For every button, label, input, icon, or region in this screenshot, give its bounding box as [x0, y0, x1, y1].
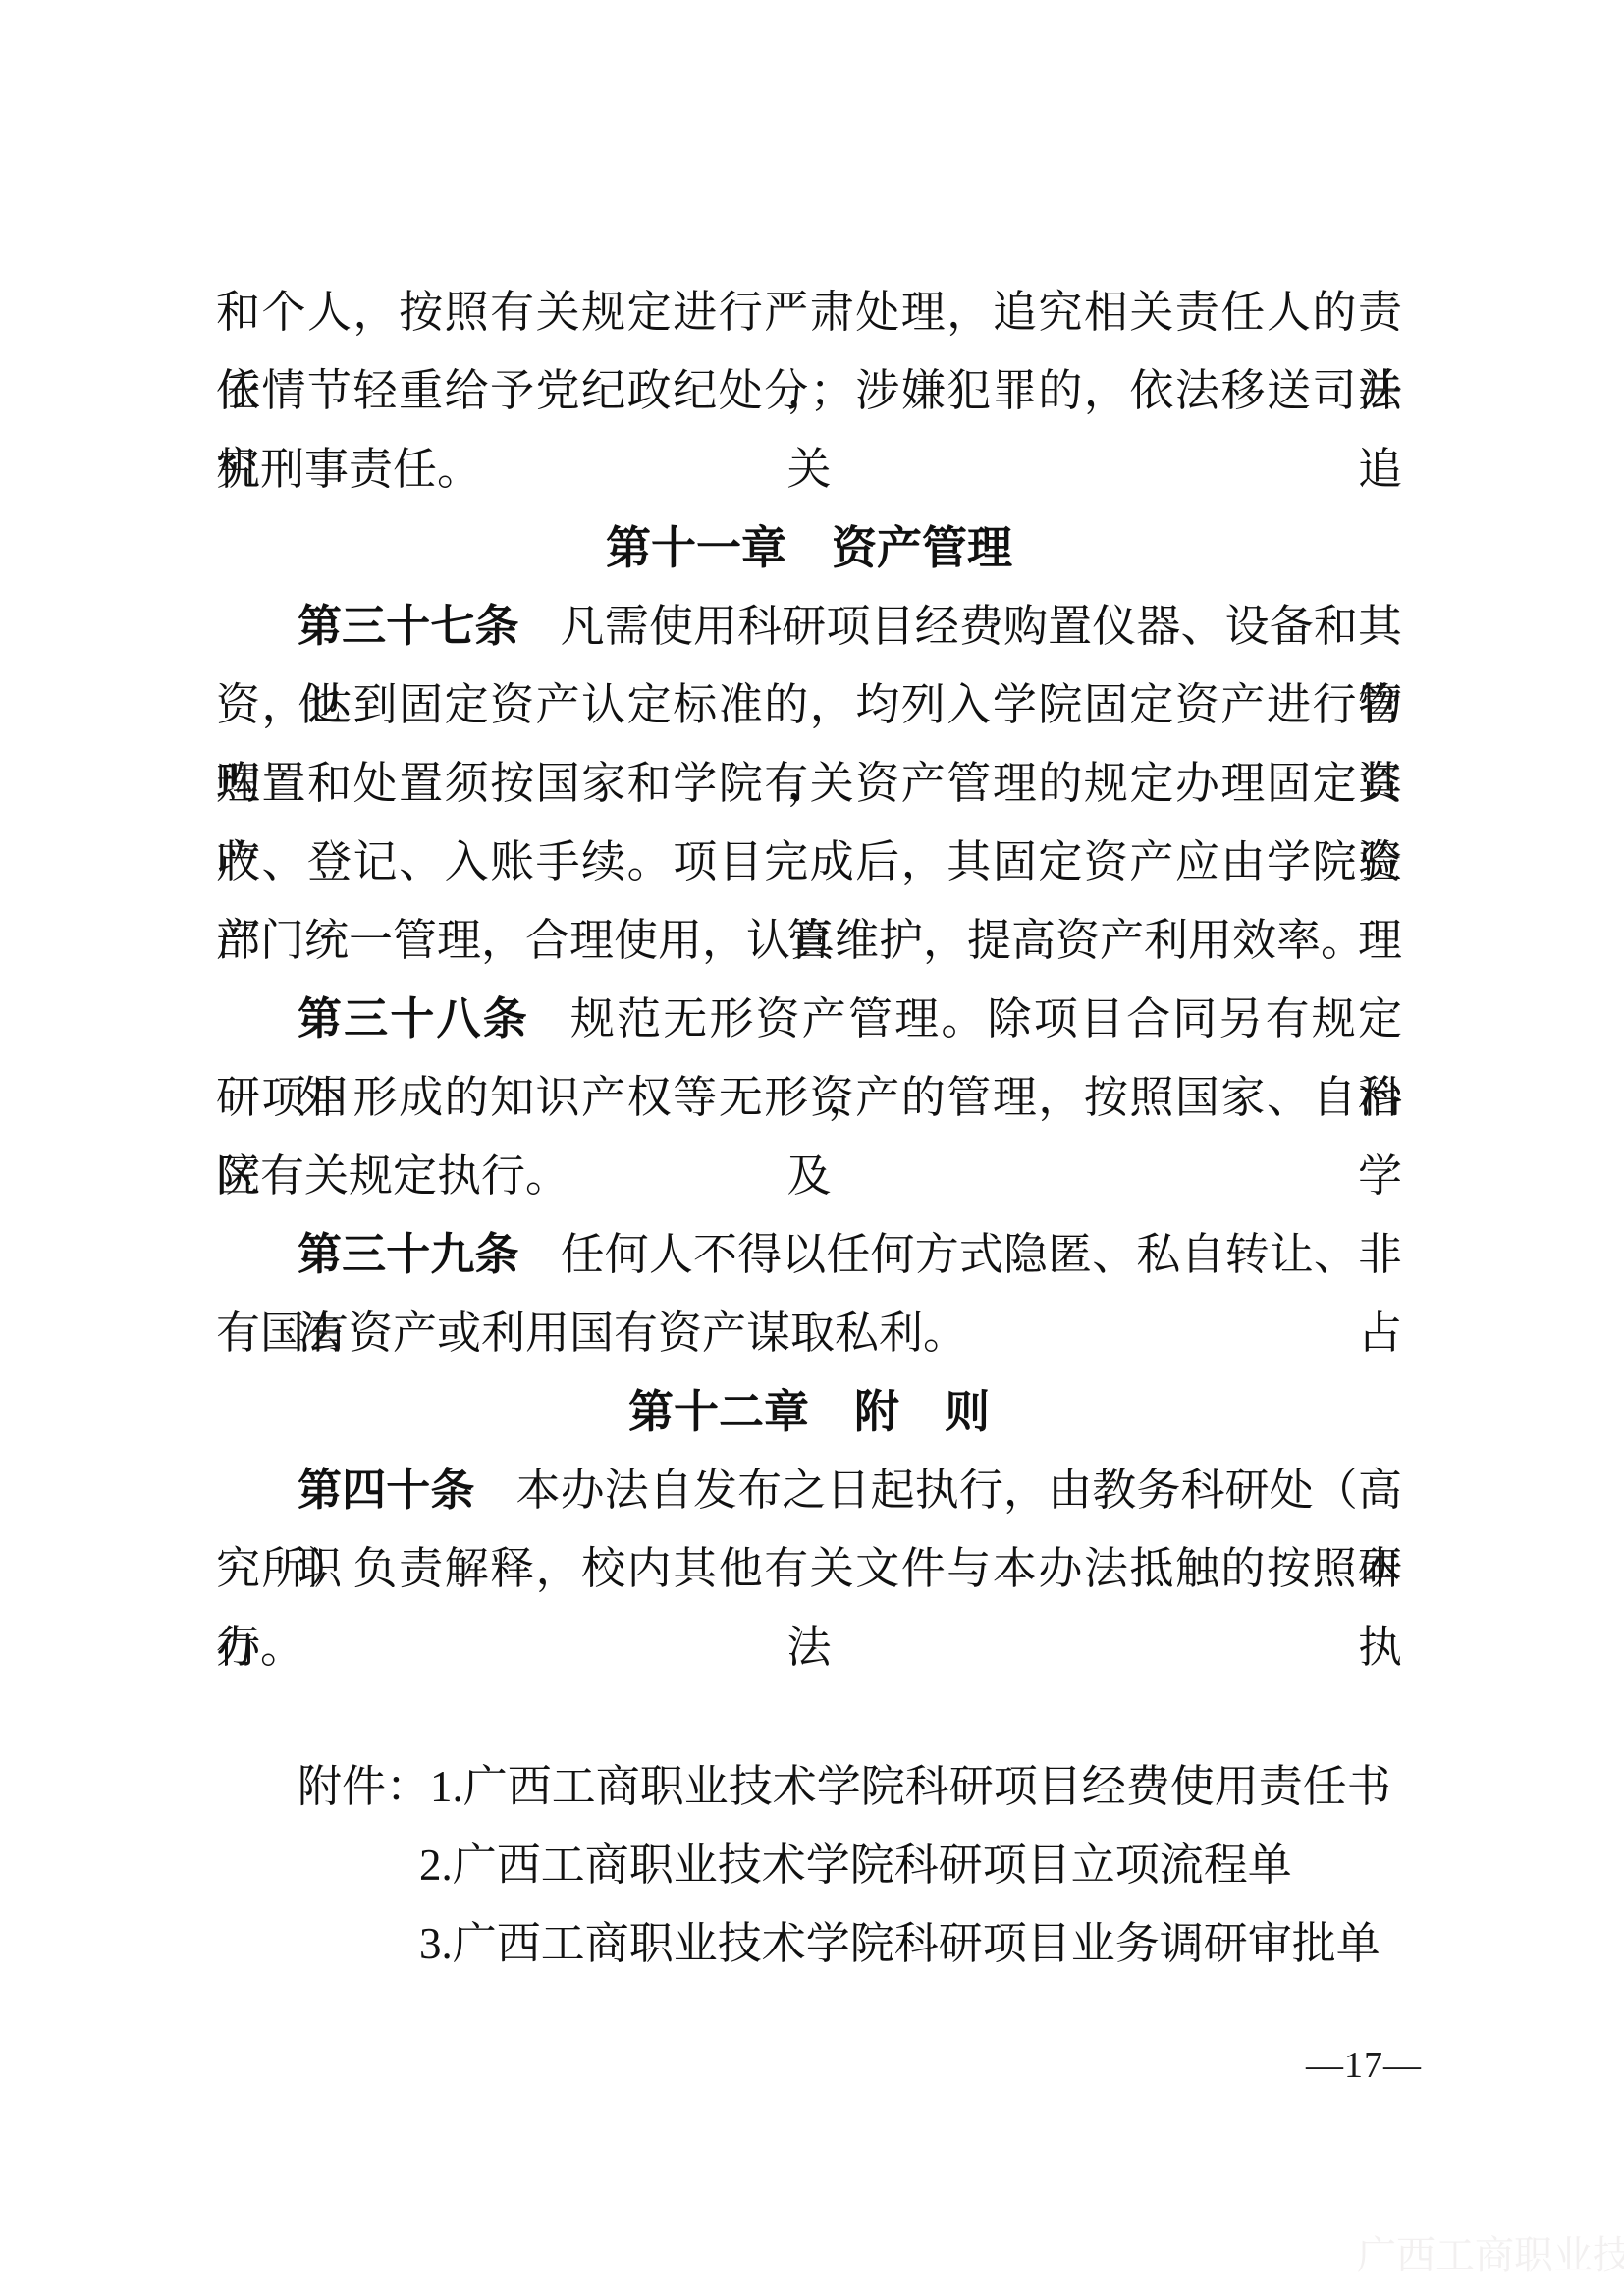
article-paragraph-line: 第四十条本办法自发布之日起执行，由教务科研处（高职研 — [216, 1451, 1402, 1529]
article-paragraph-line: 第三十七条凡需使用科研项目经费购置仪器、设备和其他物 — [216, 587, 1402, 666]
attachment-list-item: 3.广西工商职业技术学院科研项目业务调研审批单 — [216, 1904, 1402, 1983]
text-line: 购置和处置须按国家和学院有关资产管理的规定办理固定资产验 — [216, 744, 1402, 823]
article-paragraph-line: 第三十九条任何人不得以任何方式隐匿、私自转让、非法占 — [216, 1215, 1402, 1294]
article-number: 第四十条 — [298, 1465, 475, 1515]
document-page: 和个人，按照有关规定进行严肃处理，追究相关责任人的责任，并依情节轻重给予党纪政纪… — [0, 0, 1624, 2296]
article-number: 第三十七条 — [298, 601, 519, 651]
chapter-heading: 第十一章 资产管理 — [216, 508, 1402, 587]
text-line: 研项目形成的知识产权等无形资产的管理，按照国家、自治区及学 — [216, 1058, 1402, 1137]
attachment-list-head: 附件：1.广西工商职业技术学院科研项目经费使用责任书 — [216, 1747, 1402, 1826]
text-line: 资，达到固定资产认定标准的，均列入学院固定资产进行管理，其 — [216, 666, 1402, 744]
page-number: —17— — [1306, 2044, 1422, 2087]
document-body: 和个人，按照有关规定进行严肃处理，追究相关责任人的责任，并依情节轻重给予党纪政纪… — [216, 273, 1402, 1983]
blank-line — [216, 1686, 1402, 1747]
text-line: 依情节轻重给予党纪政纪处分；涉嫌犯罪的，依法移送司法机关追 — [216, 351, 1402, 430]
text-line: 究所）负责解释，校内其他有关文件与本办法抵触的按照本办法执 — [216, 1529, 1402, 1608]
attachment-item-text: 1.广西工商职业技术学院科研项目经费使用责任书 — [430, 1762, 1391, 1811]
attachment-list-item: 2.广西工商职业技术学院科研项目立项流程单 — [216, 1826, 1402, 1904]
text-line: 部门统一管理，合理使用，认真维护，提高资产利用效率。 — [216, 901, 1402, 980]
article-number: 第三十九条 — [298, 1229, 519, 1279]
attachment-label: 附件： — [298, 1762, 430, 1811]
watermark-text: 广西工商职业技术学院 — [1357, 2224, 1624, 2280]
text-line: 和个人，按照有关规定进行严肃处理，追究相关责任人的责任，并 — [216, 273, 1402, 351]
article-number: 第三十八条 — [298, 993, 529, 1043]
chapter-heading: 第十二章 附 则 — [216, 1372, 1402, 1451]
article-paragraph-line: 第三十八条规范无形资产管理。除项目合同另有规定外，科 — [216, 980, 1402, 1058]
text-line: 收、登记、入账手续。项目完成后，其固定资产应由学院资产管理 — [216, 823, 1402, 901]
